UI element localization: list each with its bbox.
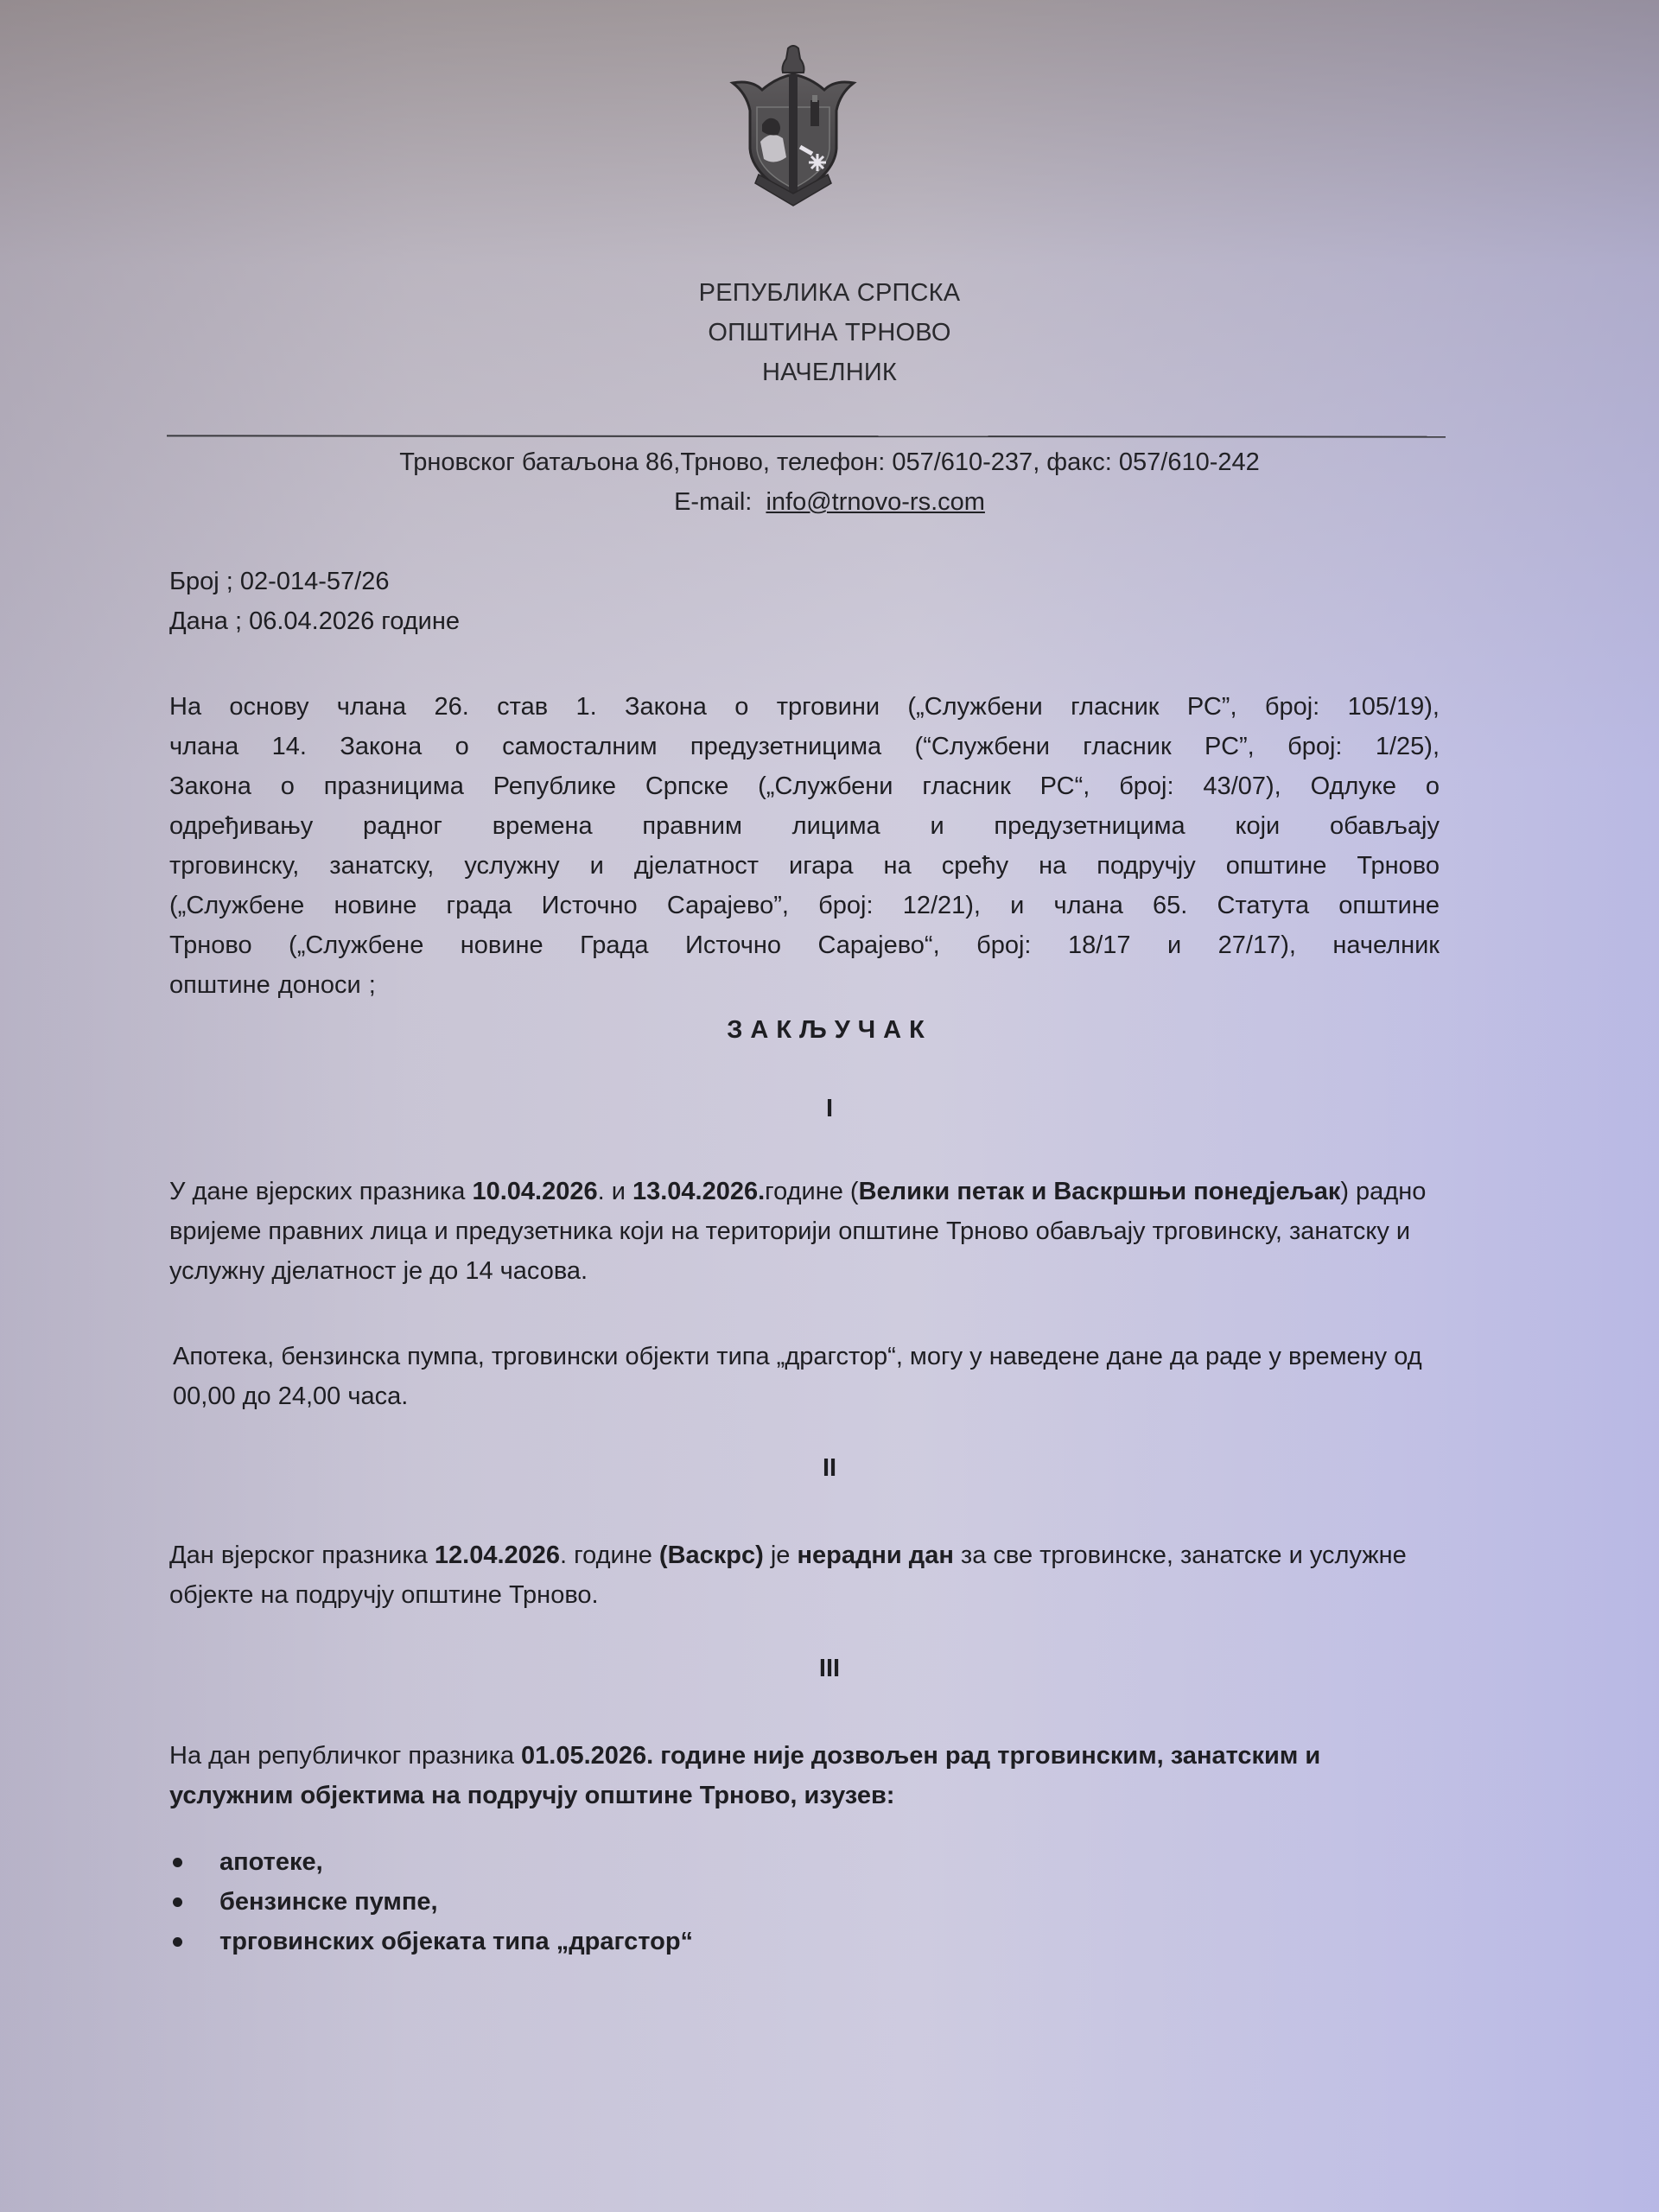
contact-block: Трновског батаљона 86,Трново, телефон: 0… [0,442,1659,522]
list-item: апотеке, [169,1842,693,1882]
list-item-text: бензинске пумпе, [219,1888,438,1916]
bold-holiday-name: (Васкрс) [659,1541,764,1569]
email-link[interactable]: info@trnovo-rs.com [766,488,984,516]
bold-date: 10.04.2026 [472,1178,597,1205]
bullet-icon [173,1858,182,1867]
preamble-line: одређивању радног времена правним лицима… [169,806,1440,846]
document-date: Дана ; 06.04.2026 године [169,601,460,641]
preamble-line: Трново („Службене новине Града Источно С… [169,925,1440,965]
letterhead-office: НАЧЕЛНИК [0,353,1659,392]
list-item: бензинске пумпе, [169,1882,693,1922]
letterhead: РЕПУБЛИКА СРПСКА ОПШТИНА ТРНОВО НАЧЕЛНИК [0,273,1659,392]
bullet-icon [173,1897,182,1907]
contact-email-line: E-mail: info@trnovo-rs.com [0,482,1659,522]
section-numeral-3: III [0,1655,1659,1683]
number-label: Број ; [169,568,233,595]
preamble-line: општине доноси ; [169,965,1440,1005]
section-1-paragraph: У дане вјерских празника 10.04.2026. и 1… [169,1172,1440,1291]
preamble-line: члана 14. Закона о самосталним предузетн… [169,727,1440,766]
preamble-paragraph: На основу члана 26. став 1. Закона о трг… [169,687,1440,1005]
preamble-line: („Службене новине града Источно Сарајево… [169,886,1440,925]
bold-holiday-names: Велики петак и Васкршњи понедјељак [859,1178,1341,1205]
contact-address: Трновског батаљона 86,Трново, телефон: 0… [0,442,1659,482]
bold-date: 13.04.2026. [632,1178,765,1205]
text-run: . и [598,1178,632,1205]
preamble-line: Закона о празницима Републике Српске („С… [169,766,1440,806]
text-run: године ( [765,1178,858,1205]
section-3-paragraph: На дан републичког празника 01.05.2026. … [169,1736,1440,1815]
document-page: РЕПУБЛИКА СРПСКА ОПШТИНА ТРНОВО НАЧЕЛНИК… [0,0,1659,2212]
coat-of-arms-icon [726,45,861,207]
exceptions-list: апотеке, бензинске пумпе, трговинских об… [169,1842,693,1961]
letterhead-municipality: ОПШТИНА ТРНОВО [0,313,1659,353]
section-numeral-1: I [0,1095,1659,1123]
document-number: Број ; 02-014-57/26 [169,562,460,601]
date-value: 06.04.2026 године [249,607,460,635]
text-run: . године [560,1541,659,1569]
document-meta: Број ; 02-014-57/26 Дана ; 06.04.2026 го… [169,562,460,641]
list-item-text: трговинских објеката типа „драгстор“ [219,1928,693,1955]
bold-non-working-day: нерадни дан [797,1541,953,1569]
text-run: На дан републичког празника [169,1742,521,1770]
date-label: Дана ; [169,607,242,635]
letterhead-republic: РЕПУБЛИКА СРПСКА [0,273,1659,313]
number-value: 02-014-57/26 [240,568,390,595]
list-item: трговинских објеката типа „драгстор“ [169,1922,693,1961]
email-label: E-mail: [674,488,752,516]
list-item-text: апотеке, [219,1848,323,1876]
text-run: У дане вјерских празника [169,1178,472,1205]
section-numeral-2: II [0,1454,1659,1483]
preamble-line: трговинску, занатску, услужну и дјелатно… [169,846,1440,886]
bold-date: 12.04.2026 [435,1541,560,1569]
letterhead-divider [167,435,1446,437]
text-run: је [764,1541,798,1569]
section-2-paragraph: Дан вјерског празника 12.04.2026. године… [169,1535,1440,1615]
section-1-exceptions-paragraph: Апотека, бензинска пумпа, трговински обј… [173,1337,1443,1416]
text-run: Дан вјерског празника [169,1541,435,1569]
preamble-line: На основу члана 26. став 1. Закона о трг… [169,687,1440,727]
bullet-icon [173,1937,182,1947]
document-title: ЗАКЉУЧАК [0,1016,1659,1045]
